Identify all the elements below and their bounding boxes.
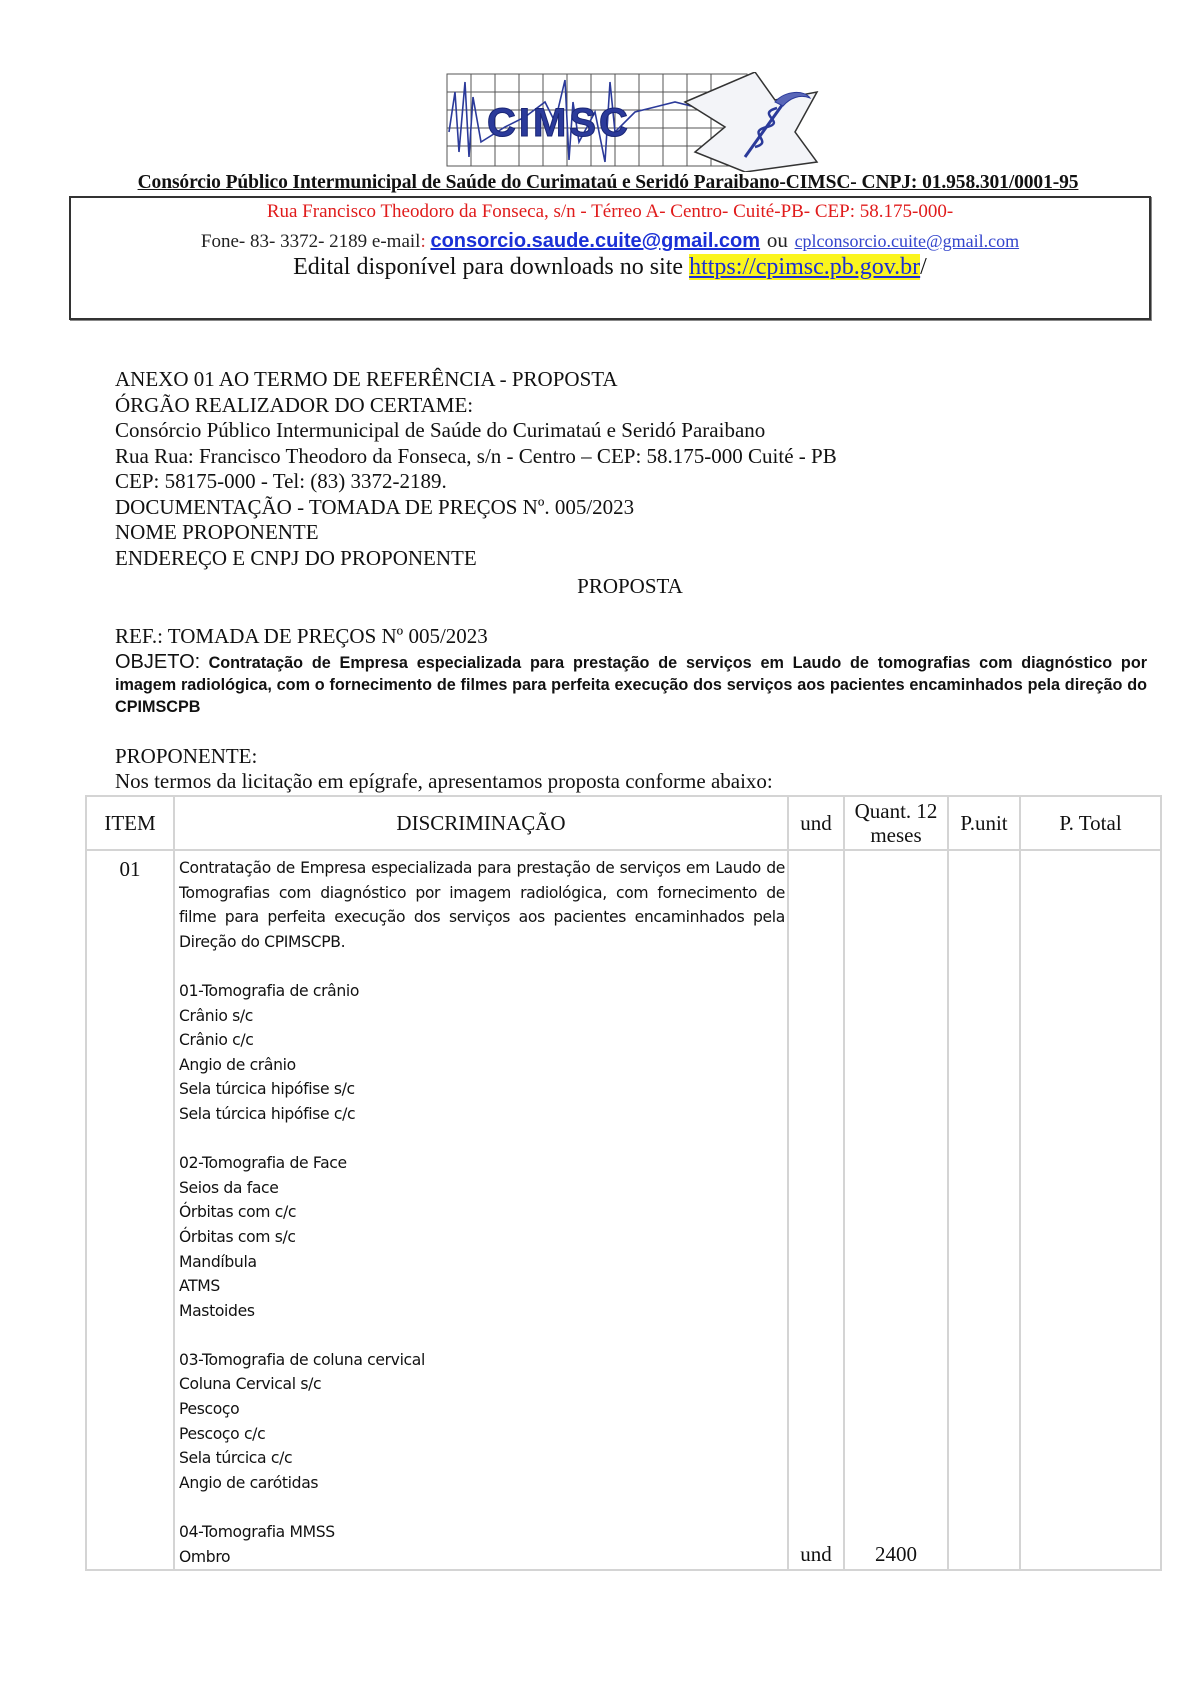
site-suffix: / [920, 254, 927, 280]
exam-group: 02-Tomografia de FaceSeios da faceÓrbita… [179, 1151, 785, 1323]
cell-description: Contratação de Empresa especializada par… [174, 850, 788, 1570]
email-separator: ou [767, 228, 788, 252]
cell-und: und [788, 850, 844, 1570]
proponent-name-label: NOME PROPONENTE [115, 520, 319, 546]
exam-group: 01-Tomografia de crânioCrânio s/cCrânio … [179, 979, 785, 1127]
objeto-label: OBJETO: [115, 651, 200, 673]
table-row: 01 Contratação de Empresa especializada … [86, 850, 1161, 1570]
header-p-unit: P.unit [948, 796, 1020, 850]
exam-item: Órbitas com c/c [179, 1200, 785, 1225]
primary-email-link[interactable]: consorcio.saude.cuite@gmail.com [430, 230, 760, 252]
description-intro: Contratação de Empresa especializada par… [179, 856, 785, 954]
phone-email-line: Fone- 83- 3372- 2189 e-mail: consorcio.s… [71, 228, 1149, 253]
proposal-table: ITEM DISCRIMINAÇÃO und Quant. 12 meses P… [85, 795, 1162, 1571]
proposta-title: PROPOSTA [0, 574, 1200, 599]
exam-item: Mastoides [179, 1299, 785, 1324]
site-line: Edital disponível para downloads no site… [71, 254, 1149, 281]
exam-item: Ombro [179, 1545, 785, 1570]
exam-item: Coluna Cervical s/c [179, 1372, 785, 1397]
cell-quantity: 2400 [844, 850, 948, 1570]
cimsc-logo: CIMSC [445, 72, 820, 172]
intro-line: Nos termos da licitação em epígrafe, apr… [115, 769, 773, 795]
exam-item: Angio de crânio [179, 1053, 785, 1078]
table-header-row: ITEM DISCRIMINAÇÃO und Quant. 12 meses P… [86, 796, 1161, 850]
site-link[interactable]: https://cpimsc.pb.gov.br [689, 254, 920, 280]
header-p-total: P. Total [1020, 796, 1161, 850]
organization-line: Consórcio Público Intermunicipal de Saúd… [0, 172, 1200, 194]
exam-group-title: 01-Tomografia de crânio [179, 979, 785, 1004]
exam-group-title: 02-Tomografia de Face [179, 1151, 785, 1176]
exam-item: Sela túrcica hipófise c/c [179, 1102, 785, 1127]
cell-p-total[interactable] [1020, 850, 1161, 1570]
header-und: und [788, 796, 844, 850]
organ-label: ÓRGÃO REALIZADOR DO CERTAME: [115, 393, 473, 419]
exam-item: Seios da face [179, 1176, 785, 1201]
address-line: Rua Francisco Theodoro da Fonseca, s/n -… [71, 201, 1149, 223]
objeto-text: Contratação de Empresa especializada par… [115, 654, 1147, 716]
organ-name: Consórcio Público Intermunicipal de Saúd… [115, 418, 765, 444]
cell-p-unit[interactable] [948, 850, 1020, 1570]
header-item: ITEM [86, 796, 174, 850]
exam-item: Mandíbula [179, 1250, 785, 1275]
proponente-label: PROPONENTE: [115, 744, 257, 770]
organ-address: Rua Rua: Francisco Theodoro da Fonseca, … [115, 444, 837, 470]
exam-item: Pescoço [179, 1397, 785, 1422]
documentation-line: DOCUMENTAÇÃO - TOMADA DE PREÇOS Nº. 005/… [115, 495, 634, 521]
exam-group: 04-Tomografia MMSSOmbro [179, 1520, 785, 1569]
secondary-email-link[interactable]: cplconsorcio.cuite@gmail.com [795, 231, 1020, 251]
annex-title: ANEXO 01 AO TERMO DE REFERÊNCIA - PROPOS… [115, 367, 618, 393]
exam-item: Órbitas com s/c [179, 1225, 785, 1250]
contact-box: Rua Francisco Theodoro da Fonseca, s/n -… [69, 196, 1151, 320]
exam-item: Crânio s/c [179, 1004, 785, 1029]
exam-item: Angio de carótidas [179, 1471, 785, 1496]
site-label: Edital disponível para downloads no site [293, 254, 683, 280]
header-discriminacao: DISCRIMINAÇÃO [174, 796, 788, 850]
cell-item: 01 [86, 850, 174, 1570]
phone-label: Fone- 83- 3372- 2189 e-mail [201, 231, 421, 252]
exam-group-title: 04-Tomografia MMSS [179, 1520, 785, 1545]
objeto-paragraph: OBJETO: Contratação de Empresa especiali… [115, 651, 1147, 718]
proponent-address-label: ENDEREÇO E CNPJ DO PROPONENTE [115, 546, 477, 572]
exam-item: Sela túrcica c/c [179, 1446, 785, 1471]
organ-contact: CEP: 58175-000 - Tel: (83) 3372-2189. [115, 469, 447, 495]
exam-group-title: 03-Tomografia de coluna cervical [179, 1348, 785, 1373]
exam-item: Sela túrcica hipófise s/c [179, 1077, 785, 1102]
exam-group: 03-Tomografia de coluna cervicalColuna C… [179, 1348, 785, 1496]
exam-item: ATMS [179, 1274, 785, 1299]
header-quantity: Quant. 12 meses [844, 796, 948, 850]
ref-line: REF.: TOMADA DE PREÇOS Nº 005/2023 [115, 624, 488, 650]
exam-item: Pescoço c/c [179, 1422, 785, 1447]
exam-item: Crânio c/c [179, 1028, 785, 1053]
svg-text:CIMSC: CIMSC [487, 101, 631, 145]
